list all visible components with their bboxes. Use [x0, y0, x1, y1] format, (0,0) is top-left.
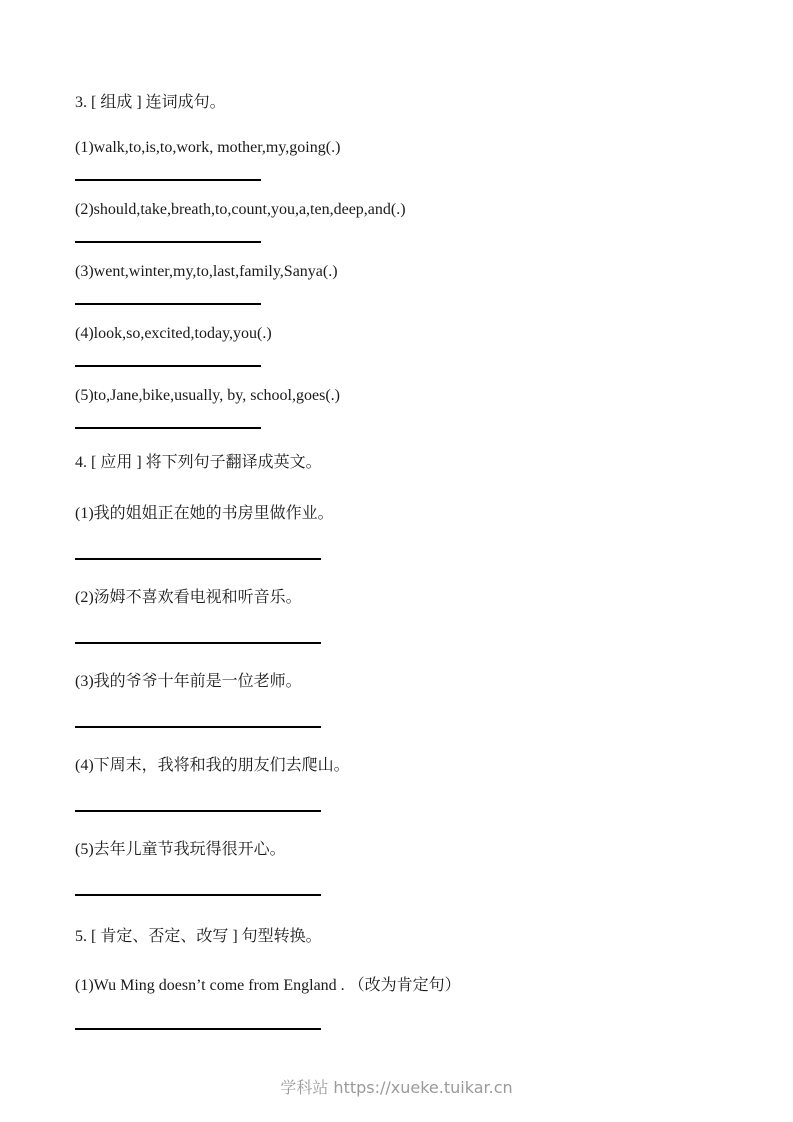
exercise-item: (5)to,Jane,bike,usually, by, school,goes… [75, 385, 753, 429]
exercise-item-text: (1)我的姐姐正在她的书房里做作业。 [75, 503, 753, 524]
exercise-item-text: (1)walk,to,is,to,work, mother,my,going(.… [75, 137, 753, 158]
section-3-make-sentences: 3. [ 组成 ] 连词成句。 (1)walk,to,is,to,work, m… [75, 92, 753, 429]
exercise-item-text: (3)went,winter,my,to,last,family,Sanya(.… [75, 261, 753, 282]
exercise-item: (5)去年儿童节我玩得很开心。 [75, 839, 753, 896]
answer-blank [75, 365, 261, 367]
exercise-item-text: (5)去年儿童节我玩得很开心。 [75, 839, 753, 860]
exercise-item-text: (2)should,take,breath,to,count,you,a,ten… [75, 199, 753, 220]
section-3-heading: 3. [ 组成 ] 连词成句。 [75, 92, 753, 113]
worksheet-page: 3. [ 组成 ] 连词成句。 (1)walk,to,is,to,work, m… [0, 0, 793, 1122]
answer-blank [75, 642, 321, 644]
exercise-item-text: (2)汤姆不喜欢看电视和听音乐。 [75, 587, 753, 608]
answer-blank [75, 558, 321, 560]
exercise-item-text: (3)我的爷爷十年前是一位老师。 [75, 671, 753, 692]
exercise-item-text: (4)look,so,excited,today,you(.) [75, 323, 753, 344]
exercise-item: (3)went,winter,my,to,last,family,Sanya(.… [75, 261, 753, 305]
exercise-item: (1)Wu Ming doesn’t come from England . （… [75, 975, 753, 1030]
section-5-heading: 5. [ 肯定、否定、改写 ] 句型转换。 [75, 926, 753, 947]
exercise-item: (4)下周末，我将和我的朋友们去爬山。 [75, 755, 753, 812]
answer-blank [75, 726, 321, 728]
answer-blank [75, 894, 321, 896]
answer-blank [75, 1028, 321, 1030]
exercise-item: (2)汤姆不喜欢看电视和听音乐。 [75, 587, 753, 644]
section-5-sentence-transformation: 5. [ 肯定、否定、改写 ] 句型转换。 (1)Wu Ming doesn’t… [75, 926, 753, 1030]
answer-blank [75, 241, 261, 243]
answer-blank [75, 303, 261, 305]
section-4-translation: 4. [ 应用 ] 将下列句子翻译成英文。 (1)我的姐姐正在她的书房里做作业。… [75, 452, 753, 896]
exercise-item-text: (4)下周末，我将和我的朋友们去爬山。 [75, 755, 753, 776]
page-footer: 学科站 https://xueke.tuikar.cn [0, 1077, 793, 1098]
exercise-item-text: (1)Wu Ming doesn’t come from England . （… [75, 975, 753, 996]
exercise-item-text: (5)to,Jane,bike,usually, by, school,goes… [75, 385, 753, 406]
section-4-heading: 4. [ 应用 ] 将下列句子翻译成英文。 [75, 452, 753, 473]
footer-site-credit: 学科站 https://xueke.tuikar.cn [280, 1078, 512, 1097]
exercise-item: (4)look,so,excited,today,you(.) [75, 323, 753, 367]
exercise-item: (3)我的爷爷十年前是一位老师。 [75, 671, 753, 728]
answer-blank [75, 810, 321, 812]
answer-blank [75, 427, 261, 429]
answer-blank [75, 179, 261, 181]
exercise-item: (1)walk,to,is,to,work, mother,my,going(.… [75, 137, 753, 181]
worksheet-content: 3. [ 组成 ] 连词成句。 (1)walk,to,is,to,work, m… [75, 92, 753, 1030]
exercise-item: (2)should,take,breath,to,count,you,a,ten… [75, 199, 753, 243]
exercise-item: (1)我的姐姐正在她的书房里做作业。 [75, 503, 753, 560]
